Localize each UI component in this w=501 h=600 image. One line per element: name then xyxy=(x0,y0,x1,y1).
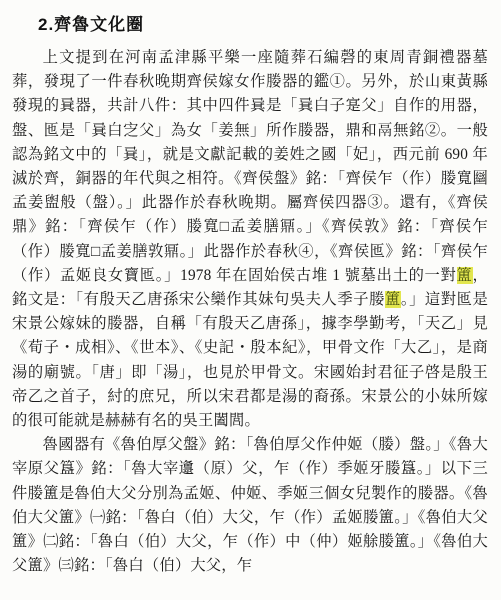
section-title: 2.齊魯文化圈 xyxy=(38,10,488,35)
paragraph-1-segment-1: 上文提到在河南孟津縣平樂一座隨葬石編磬的東周青銅禮器墓葬，發現了一件春秋晚期齊侯… xyxy=(12,49,488,284)
paragraph-1: 上文提到在河南孟津縣平樂一座隨葬石編磬的東周青銅禮器墓葬，發現了一件春秋晚期齊侯… xyxy=(12,46,488,433)
paragraph-1-segment-3: 。」這對匜是宋景公嫁妹的媵器，自稱「有殷天乙唐孫」，據李學勤考，「天乙」見《荀子… xyxy=(12,291,488,429)
highlighted-char-fu-2: 簠 xyxy=(385,291,401,308)
document-page: 2.齊魯文化圈 上文提到在河南孟津縣平樂一座隨葬石編磬的東周青銅禮器墓葬，發現了… xyxy=(0,0,501,600)
paragraph-2-text: 魯國器有《魯伯厚父盤》銘：「魯伯厚父作仲姬（媵）盤。」《魯大宰原父簋》銘：「魯大… xyxy=(12,436,488,574)
paragraph-2: 魯國器有《魯伯厚父盤》銘：「魯伯厚父作仲姬（媵）盤。」《魯大宰原父簋》銘：「魯大… xyxy=(12,433,488,578)
highlighted-char-fu-1: 簠 xyxy=(457,267,473,284)
